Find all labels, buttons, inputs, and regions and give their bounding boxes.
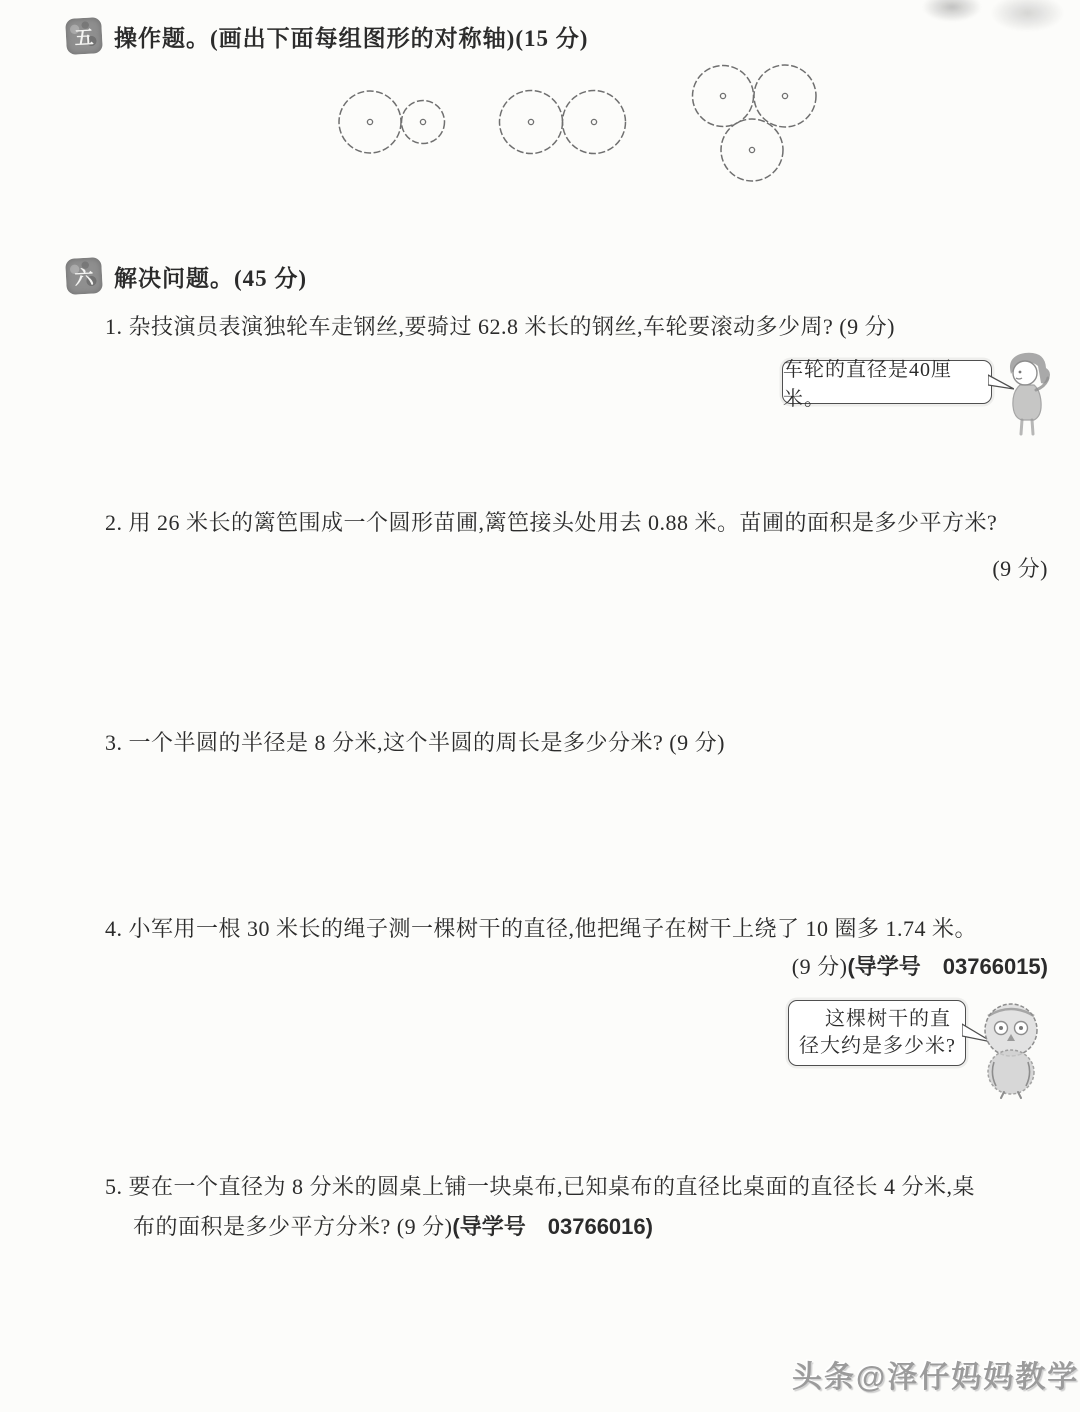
problem-4-text: 4. 小军用一根 30 米长的绳子测一棵树干的直径,他把绳子在树干上绕了 10 …	[105, 912, 1055, 943]
owl-character-illustration	[966, 1000, 1056, 1100]
symmetry-circles-figure	[330, 55, 850, 195]
problem-5-question: 布的面积是多少平方分米? (9 分)	[133, 1214, 452, 1239]
problem-5-text-line1: 5. 要在一个直径为 8 分米的圆桌上铺一块桌布,已知桌布的直径比桌面的直径长 …	[105, 1170, 1055, 1201]
section-five-title: 操作题。(画出下面每组图形的对称轴)(15 分)	[114, 20, 588, 53]
tree-hint-line2: 径大约是多少米?	[789, 1033, 965, 1060]
section-five-header: 五 操作题。(画出下面每组图形的对称轴)(15 分)	[66, 18, 588, 54]
corner-ink-smudge	[922, 0, 982, 22]
section-six-seal-icon: 六	[65, 257, 103, 295]
section-five-badge-number: 五	[74, 22, 94, 50]
problem-5-guide-number: (导学号 03766016)	[452, 1214, 653, 1239]
tree-hint-bubble: 这棵树干的直 径大约是多少米?	[788, 1000, 966, 1066]
problem-4-score-line: (9 分)(导学号 03766015)	[105, 950, 1048, 981]
worksheet-page: 五 操作题。(画出下面每组图形的对称轴)(15 分) 六 解决问题。(45 分)…	[0, 0, 1080, 1412]
wheel-hint-bubble: 车轮的直径是40厘米。	[782, 360, 992, 404]
problem-2-text: 2. 用 26 米长的篱笆围成一个圆形苗圃,篱笆接头处用去 0.88 米。苗圃的…	[105, 506, 1055, 537]
section-six-title: 解决问题。(45 分)	[114, 260, 307, 293]
problem-4-score: (9 分)	[792, 954, 848, 979]
problem-2-score: (9 分)	[105, 552, 1048, 583]
problem-1-text: 1. 杂技演员表演独轮车走钢丝,要骑过 62.8 米长的钢丝,车轮要滚动多少周?…	[105, 310, 1055, 341]
boy-character-illustration	[998, 348, 1060, 438]
section-six-badge-number: 六	[74, 262, 94, 290]
section-six-header: 六 解决问题。(45 分)	[66, 258, 307, 294]
problem-4-guide-number: (导学号 03766015)	[847, 954, 1048, 979]
tree-hint-line1: 这棵树干的直	[789, 1006, 965, 1033]
watermark-text: 头条@泽仔妈妈教学	[792, 1352, 1079, 1396]
problem-3-text: 3. 一个半圆的半径是 8 分米,这个半圆的周长是多少分米? (9 分)	[105, 726, 1055, 757]
corner-ink-smudge	[990, 0, 1065, 32]
wheel-hint-text: 车轮的直径是40厘米。	[783, 353, 991, 411]
section-five-seal-icon: 五	[65, 17, 103, 55]
problem-5-text-line2: 布的面积是多少平方分米? (9 分)(导学号 03766016)	[133, 1210, 1053, 1241]
